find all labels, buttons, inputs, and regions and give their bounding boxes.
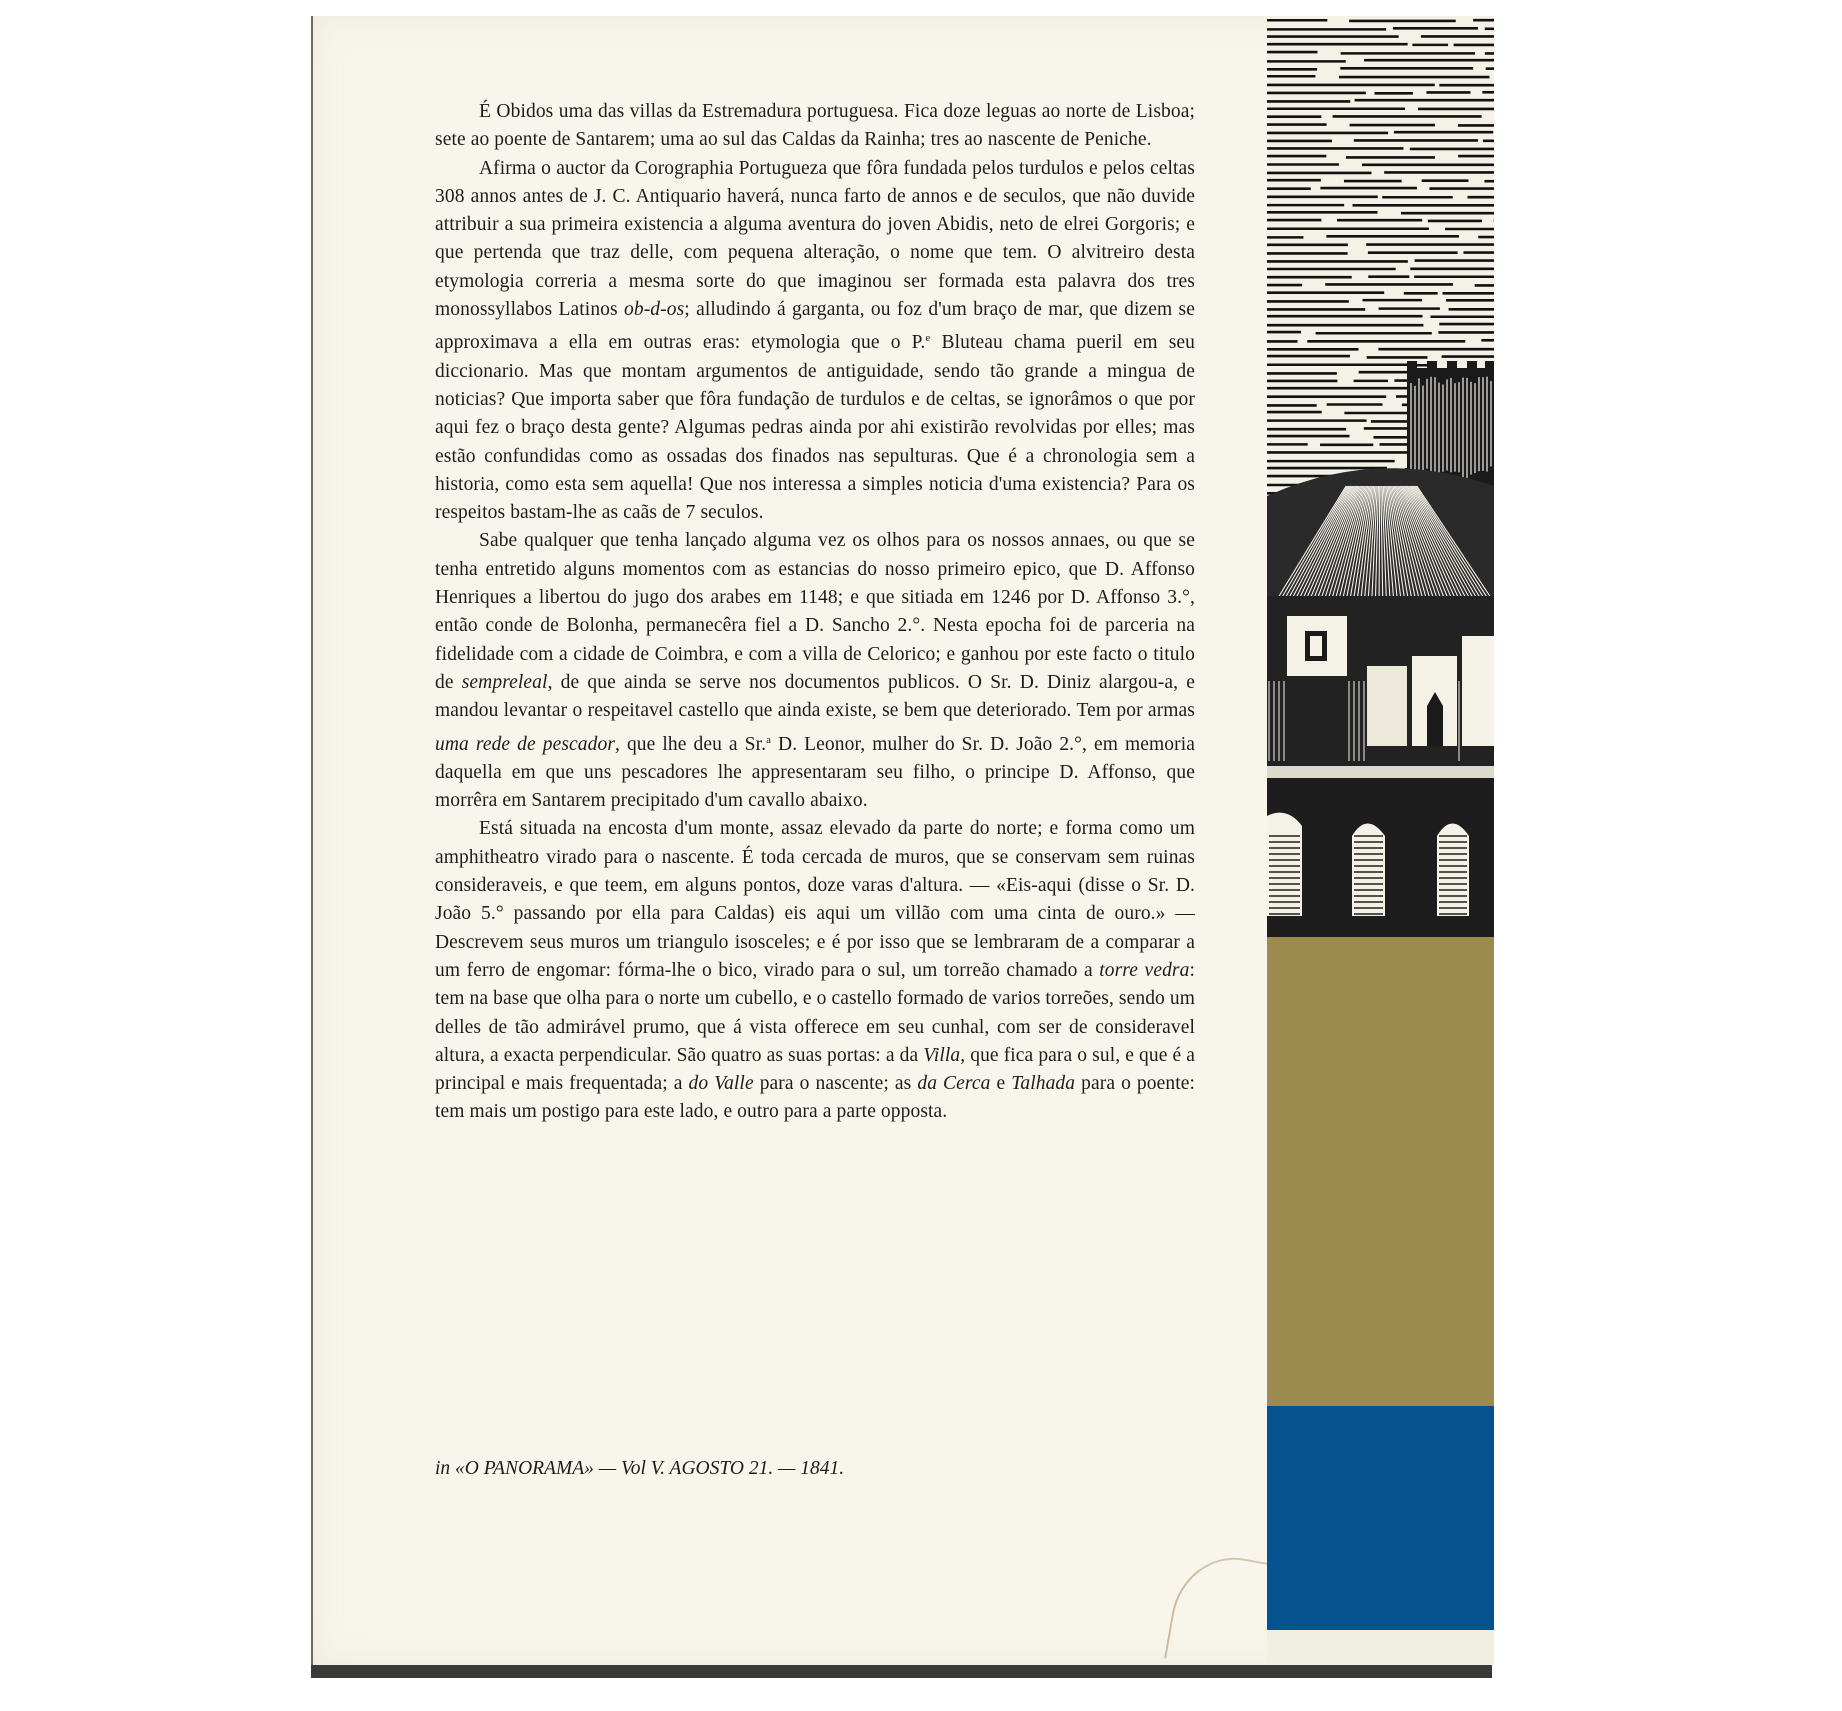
woodcut-illustration	[1267, 16, 1494, 937]
cover-edge	[1267, 1630, 1494, 1665]
paragraph-4: Está situada na encosta d'um monte, assa…	[435, 815, 1195, 1126]
castle-woodcut-icon	[1267, 16, 1494, 937]
page-shadow	[311, 1665, 1492, 1678]
water-stain	[1164, 1548, 1284, 1676]
paragraph-3: Sabe qualquer que tenha lançado alguma v…	[435, 527, 1195, 815]
source-citation: in «O PANORAMA» — Vol V. AGOSTO 21. — 18…	[435, 1458, 844, 1480]
book-back-cover: É Obidos uma das villas da Estremadura p…	[311, 16, 1494, 1665]
blue-color-band	[1267, 1406, 1494, 1630]
article-text: É Obidos uma das villas da Estremadura p…	[435, 98, 1195, 1127]
paragraph-2: Afirma o auctor da Corographia Portuguez…	[435, 155, 1195, 528]
paragraph-1: É Obidos uma das villas da Estremadura p…	[435, 98, 1195, 155]
gold-color-band	[1267, 937, 1494, 1406]
